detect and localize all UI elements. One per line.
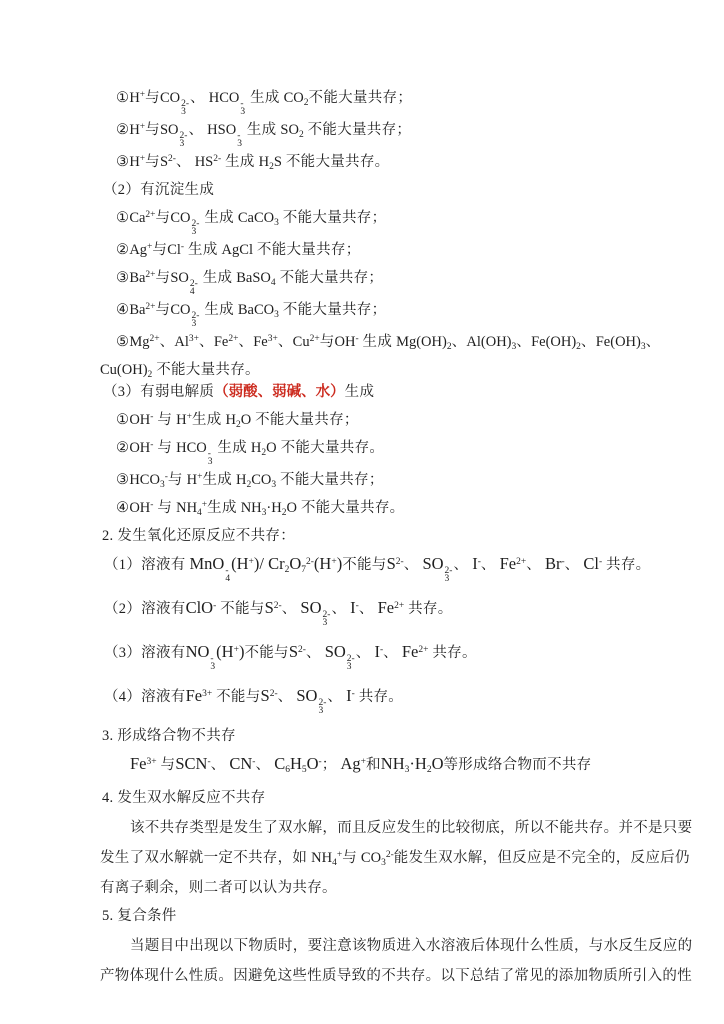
formula-fragment: Al <box>174 334 189 350</box>
text-run: 、 <box>211 757 230 773</box>
text-run: 、 <box>199 334 214 350</box>
formula-fragment: Ba <box>129 302 145 318</box>
stacked-script: 2-3 <box>180 132 188 148</box>
formula-fragment: NH <box>381 754 405 773</box>
formula-fragment: AgCl <box>222 242 253 258</box>
text-line: 当题目中出现以下物质时，要注意该物质进入水溶液后体现什么性质，与水反生反应的 <box>130 932 724 960</box>
subscript: 4 <box>190 288 195 296</box>
superscript: 3+ <box>268 334 278 344</box>
formula-fragment: HS <box>195 154 214 170</box>
stacked-script: 2-4 <box>190 280 198 296</box>
document-page: ①H+与CO2-3、 HCO-3 生成 CO2不能大量共存；②H+与SO2-3、… <box>0 0 724 990</box>
formula-fragment: NO <box>186 642 210 661</box>
formula-fragment: Fe <box>402 642 419 661</box>
text-run: 、 <box>359 601 378 617</box>
text-run: （3）溶液有 <box>104 645 186 661</box>
superscript: 2+ <box>310 334 320 344</box>
subscript: 3 <box>240 108 245 116</box>
text-run: 和 <box>366 757 381 773</box>
stacked-script: 2-3 <box>347 655 355 671</box>
formula-fragment: H <box>290 754 302 773</box>
formula-fragment: HCO <box>209 90 240 106</box>
formula-fragment: O <box>286 500 296 516</box>
text-run: 、 <box>331 601 350 617</box>
text-line: ⑤Mg2+、Al3+、Fe2+、Fe3+、Cu2+与OH- 生成 Mg(OH)2… <box>116 328 724 356</box>
text-run: 与 <box>152 242 167 258</box>
superscript: 2+ <box>394 601 404 611</box>
formula-fragment: CO <box>170 302 190 318</box>
formula-fragment: SO <box>300 598 321 617</box>
text-run: 与 <box>342 850 361 866</box>
formula-fragment: CO <box>284 90 304 106</box>
formula-fragment: Mg <box>129 334 149 350</box>
text-run: 不能大量共存； <box>276 472 384 488</box>
text-run: 生成 <box>213 440 250 456</box>
text-line: 2. 发生氧化还原反应不共存： <box>102 522 724 550</box>
text-run: 、 <box>452 334 467 350</box>
formula-fragment: H <box>259 154 269 170</box>
stacked-script: 2-3 <box>192 312 200 328</box>
text-run: 、 <box>565 557 584 573</box>
formula-fragment: H <box>225 412 235 428</box>
text-line: 发生了双水解就一定不共存，如 NH4+与 CO32-能发生双水解，但反应是不完全… <box>100 844 724 872</box>
text-run: 共存。 <box>355 689 403 705</box>
text-run: ⑤ <box>116 334 129 350</box>
formula-fragment: Fe <box>253 334 268 350</box>
formula-fragment: S <box>289 642 298 661</box>
formula-fragment: Fe <box>214 334 229 350</box>
text-run: 与 <box>153 440 176 456</box>
superscript: 2- <box>298 645 306 655</box>
text-run: 、 <box>176 154 195 170</box>
text-run: 生成 <box>221 154 258 170</box>
text-run: 不能大量共存。 <box>277 440 385 456</box>
text-run: 与 <box>156 302 171 318</box>
text-run: ② <box>116 440 129 456</box>
text-run: 与 <box>320 334 335 350</box>
text-run: ② <box>116 122 129 138</box>
stacked-script: 2-3 <box>318 699 326 715</box>
text-run: ③ <box>116 472 129 488</box>
text-run: 、 <box>190 90 209 106</box>
text-run: 生成 <box>246 90 283 106</box>
text-run: 与 <box>157 757 176 773</box>
text-run: 、 <box>306 645 325 661</box>
text-run: 当题目中出现以下物质时，要注意该物质进入水溶液后体现什么性质，与水反生反应的 <box>130 938 692 954</box>
text-line: ③H+与S2-、 HS2- 生成 H2S 不能大量共存。 <box>116 148 724 176</box>
text-run: 不能与 <box>244 645 288 661</box>
text-run: 、 <box>160 334 175 350</box>
text-run: 、 <box>278 689 297 705</box>
formula-fragment: MnO <box>189 554 224 573</box>
text-run: 生成 <box>192 412 226 428</box>
text-run: 生成 <box>200 302 237 318</box>
formula-fragment: H <box>129 122 139 138</box>
superscript: 2+ <box>516 557 526 567</box>
text-run: 不能大量共存； <box>304 122 412 138</box>
formula-fragment: Br <box>545 554 562 573</box>
formula-fragment: Fe(OH) <box>531 334 576 350</box>
superscript: 2- <box>168 154 176 164</box>
text-run: 与 <box>168 472 187 488</box>
formula-fragment: Cl <box>167 242 181 258</box>
text-run: 不能大量共存； <box>251 412 359 428</box>
text-run: 、 <box>188 122 207 138</box>
text-run: 与 <box>156 210 171 226</box>
stacked-script: -3 <box>208 450 213 466</box>
text-run: 与 <box>153 412 176 428</box>
stacked-script: -3 <box>210 655 215 671</box>
formula-fragment: Fe <box>500 554 517 573</box>
text-run: 、 <box>646 334 661 350</box>
formula-fragment: S <box>261 686 270 705</box>
formula-fragment: NH <box>176 500 197 516</box>
text-run: （3）有弱电解质 <box>103 384 214 400</box>
formula-fragment: SO <box>325 642 346 661</box>
text-run: 、 <box>581 334 596 350</box>
text-run: ① <box>116 412 129 428</box>
text-run: ④ <box>116 302 129 318</box>
text-run: 、 <box>238 334 253 350</box>
text-run: 与 <box>145 122 160 138</box>
text-run: 共存。 <box>602 557 650 573</box>
subscript: 3 <box>318 707 323 715</box>
text-run: ； <box>322 757 341 773</box>
text-run: 2. 发生氧化还原反应不共存： <box>102 528 295 544</box>
formula-fragment: H <box>176 412 186 428</box>
text-run: 、 <box>404 557 423 573</box>
formula-fragment: SO <box>422 554 443 573</box>
formula-fragment: H <box>251 440 261 456</box>
subscript: 3 <box>208 458 213 466</box>
text-run: （2）溶液有 <box>104 601 186 617</box>
text-run: （2）有沉淀生成 <box>103 182 214 198</box>
text-run: 不能与 <box>216 601 264 617</box>
superscript: 2- <box>306 557 314 567</box>
formula-fragment: BaCO <box>238 302 274 318</box>
formula-fragment: (H <box>231 554 248 573</box>
text-run: 与 <box>153 500 176 516</box>
text-run: 不能大量共存； <box>279 302 387 318</box>
text-run: ③ <box>116 154 129 170</box>
text-run: 共存。 <box>428 645 476 661</box>
text-run: 生成 <box>199 270 236 286</box>
text-line: ①Ca2+与CO2-3 生成 CaCO3 不能大量共存； <box>116 204 724 236</box>
text-line: ②OH- 与 HCO-3 生成 H2O 不能大量共存。 <box>116 434 724 466</box>
stacked-script: -4 <box>225 567 230 583</box>
subscript: 3 <box>192 320 197 328</box>
text-run: 5. 复合条件 <box>102 908 177 924</box>
text-run: 不能与 <box>342 557 386 573</box>
formula-fragment: OH <box>129 500 150 516</box>
formula-fragment: OH <box>129 440 150 456</box>
text-run: 不能大量共存； <box>276 270 384 286</box>
formula-fragment: H <box>236 472 246 488</box>
text-run: 不能大量共存； <box>309 90 413 106</box>
formula-fragment: OH <box>335 334 356 350</box>
text-run: 、 <box>526 557 545 573</box>
formula-fragment: NH <box>311 850 332 866</box>
formula-fragment: CN <box>229 754 252 773</box>
superscript: 3+ <box>202 689 212 699</box>
text-run: 发生了双水解就一定不共存，如 <box>100 850 311 866</box>
text-line: ②Ag+与Cl- 生成 AgCl 不能大量共存； <box>116 236 724 264</box>
text-run: 生成 <box>345 384 375 400</box>
text-run: 不能大量共存； <box>279 210 387 226</box>
superscript: 2+ <box>145 302 155 312</box>
text-run: 该不共存类型是发生了双水解，而且反应发生的比较彻底，所以不能共存。并不是只要 <box>130 820 692 836</box>
stacked-script: -3 <box>240 100 245 116</box>
text-run: 生成 <box>184 242 221 258</box>
formula-fragment: ·H <box>409 754 426 773</box>
text-line: ④Ba2+与CO2-3 生成 BaCO3 不能大量共存； <box>116 296 724 328</box>
text-run: 不能与 <box>212 689 260 705</box>
formula-fragment: Ag <box>129 242 147 258</box>
text-line: ②H+与SO2-3、 HSO-3 生成 SO2 不能大量共存； <box>116 116 724 148</box>
formula-fragment: O <box>307 754 319 773</box>
formula-fragment: S <box>387 554 396 573</box>
text-run: 、 <box>255 757 274 773</box>
formula-fragment: ClO <box>186 598 214 617</box>
text-run: 、 <box>383 645 402 661</box>
subscript: 3 <box>323 619 328 627</box>
text-run: （1）溶液有 <box>104 557 189 573</box>
superscript: 2+ <box>145 270 155 280</box>
text-line: ①H+与CO2-3、 HCO-3 生成 CO2不能大量共存； <box>116 84 724 116</box>
text-run: 生成 <box>207 500 241 516</box>
text-line: （1）溶液有 MnO-4(H+)/ Cr2O72-(H+)不能与S2-、 SO2… <box>104 550 724 583</box>
formula-fragment: (H <box>314 554 331 573</box>
superscript: 2- <box>396 557 404 567</box>
text-run: 共存。 <box>404 601 452 617</box>
stacked-script: 2-3 <box>192 220 200 236</box>
text-run: 与 <box>156 270 171 286</box>
formula-fragment: SO <box>160 122 179 138</box>
text-run: （4）溶液有 <box>104 689 186 705</box>
superscript: 2- <box>213 154 221 164</box>
text-run: 生成 <box>359 334 396 350</box>
formula-fragment: Al(OH) <box>466 334 511 350</box>
formula-fragment: O <box>266 440 276 456</box>
text-line: ③HCO3-与 H+生成 H2CO3 不能大量共存； <box>116 466 724 494</box>
formula-fragment: ·H <box>266 500 281 516</box>
stacked-script: 2-3 <box>323 611 331 627</box>
subscript: 3 <box>180 140 185 148</box>
superscript: 2- <box>270 689 278 699</box>
text-line: 5. 复合条件 <box>102 902 724 930</box>
text-run: 不能大量共存。 <box>152 362 260 378</box>
subscript: 4 <box>225 575 230 583</box>
text-run: 生成 <box>200 210 237 226</box>
formula-fragment: Cu <box>293 334 310 350</box>
formula-fragment: H <box>187 472 197 488</box>
formula-fragment: Fe(OH) <box>596 334 641 350</box>
formula-fragment: CO <box>160 90 180 106</box>
superscript: 2+ <box>418 645 428 655</box>
formula-fragment: O <box>241 412 251 428</box>
formula-fragment: Cl <box>583 554 599 573</box>
stacked-script: 2-3 <box>445 567 453 583</box>
text-run: 生成 <box>243 122 280 138</box>
text-line: 4. 发生双水解反应不共存 <box>102 784 724 812</box>
superscript: 2- <box>274 601 282 611</box>
document-body: ①H+与CO2-3、 HCO-3 生成 CO2不能大量共存；②H+与SO2-3、… <box>100 84 724 990</box>
formula-fragment: CO <box>361 850 381 866</box>
text-run: 3. 形成络合物不共存 <box>102 728 236 744</box>
subscript: 3 <box>181 108 186 116</box>
text-run: ① <box>116 90 129 106</box>
formula-fragment: Fe <box>186 686 203 705</box>
subscript: 3 <box>237 140 242 148</box>
stacked-script: 2-3 <box>181 100 189 116</box>
formula-fragment: SO <box>280 122 299 138</box>
text-run: 、 <box>516 334 531 350</box>
text-run: 生成 <box>202 472 236 488</box>
text-run: 不能大量共存。 <box>297 500 405 516</box>
text-line: Fe3+ 与SCN-、 CN-、 C6H5O-； Ag+和NH3·H2O等形成络… <box>130 750 724 779</box>
formula-fragment: )/ Cr <box>254 554 285 573</box>
text-line: （3）有弱电解质（弱酸、弱碱、水）生成 <box>103 378 724 406</box>
text-line: 产物体现什么性质。因避免这些性质导致的不共存。以下总结了常见的添加物质所引入的性 <box>100 962 724 990</box>
subscript: 3 <box>192 228 197 236</box>
superscript: 2+ <box>149 334 159 344</box>
formula-fragment: BaSO <box>236 270 271 286</box>
formula-fragment: SO <box>296 686 317 705</box>
subscript: 3 <box>210 663 215 671</box>
subscript: 3 <box>347 663 352 671</box>
text-line: ③Ba2+与SO2-4 生成 BaSO4 不能大量共存； <box>116 264 724 296</box>
superscript: 2+ <box>228 334 238 344</box>
text-line: ④OH- 与 NH4+生成 NH3·H2O 不能大量共存。 <box>116 494 724 522</box>
superscript: 3+ <box>147 757 157 767</box>
subscript: 3 <box>445 575 450 583</box>
formula-fragment: H <box>129 154 139 170</box>
formula-fragment: CO <box>251 472 271 488</box>
text-run: 不能大量共存； <box>253 242 361 258</box>
text-run: 能发生双水解，但反应是不完全的，反应后仍 <box>394 850 690 866</box>
text-run: 、 <box>356 645 375 661</box>
formula-fragment: CO <box>170 210 190 226</box>
text-line: 该不共存类型是发生了双水解，而且反应发生的比较彻底，所以不能共存。并不是只要 <box>130 814 724 842</box>
text-run: 、 <box>453 557 472 573</box>
formula-fragment: Ag <box>340 754 360 773</box>
stacked-script: -3 <box>237 132 242 148</box>
formula-fragment: C <box>274 754 285 773</box>
text-run: ② <box>116 242 129 258</box>
text-run: 不能大量共存。 <box>282 154 390 170</box>
formula-fragment: Ca <box>129 210 145 226</box>
formula-fragment: O <box>289 554 301 573</box>
text-run: ① <box>116 210 129 226</box>
text-line: （4）溶液有Fe3+ 不能与S2-、 SO2-3、 I- 共存。 <box>104 682 724 715</box>
text-run: ④ <box>116 500 129 516</box>
formula-fragment: Cu(OH) <box>100 362 148 378</box>
formula-fragment: (H <box>216 642 233 661</box>
formula-fragment: Fe <box>130 754 147 773</box>
text-run: 有离子剩余，则二者可以认为共存。 <box>100 880 337 896</box>
formula-fragment: H <box>129 90 139 106</box>
formula-fragment: S <box>265 598 274 617</box>
text-run: ③ <box>116 270 129 286</box>
formula-fragment: HSO <box>207 122 236 138</box>
formula-fragment: CaCO <box>238 210 274 226</box>
formula-fragment: SCN <box>175 754 207 773</box>
red-emphasis-text: （弱酸、弱碱、水） <box>214 384 345 400</box>
text-run: 与 <box>145 154 160 170</box>
formula-fragment: NH <box>241 500 262 516</box>
text-line: （2）溶液有ClO- 不能与S2-、 SO2-3、 I-、 Fe2+ 共存。 <box>104 594 724 627</box>
text-line: （3）溶液有NO-3(H+)不能与S2-、 SO2-3、 I-、 Fe2+ 共存… <box>104 638 724 671</box>
text-run: 、 <box>278 334 293 350</box>
text-line: ①OH- 与 H+生成 H2O 不能大量共存； <box>116 406 724 434</box>
formula-fragment: Mg(OH) <box>396 334 447 350</box>
formula-fragment: HCO <box>176 440 207 456</box>
formula-fragment: Fe <box>378 598 395 617</box>
text-run: 与 <box>145 90 160 106</box>
text-run: 4. 发生双水解反应不共存 <box>102 790 265 806</box>
formula-fragment: SO <box>170 270 189 286</box>
text-line: 3. 形成络合物不共存 <box>102 722 724 750</box>
text-run: 、 <box>481 557 500 573</box>
text-run: 、 <box>327 689 346 705</box>
formula-fragment: OH <box>129 412 150 428</box>
superscript: 2+ <box>145 210 155 220</box>
superscript: 3+ <box>189 334 199 344</box>
superscript: 2- <box>386 850 394 860</box>
text-run: 产物体现什么性质。因避免这些性质导致的不共存。以下总结了常见的添加物质所引入的性 <box>100 968 692 984</box>
formula-fragment: S <box>274 154 282 170</box>
formula-fragment: O <box>432 754 444 773</box>
text-line: （2）有沉淀生成 <box>103 176 724 204</box>
formula-fragment: Ba <box>129 270 145 286</box>
text-line: 有离子剩余，则二者可以认为共存。 <box>100 874 724 902</box>
formula-fragment: HCO <box>129 472 160 488</box>
text-run: 等形成络合物而不共存 <box>443 757 591 773</box>
formula-fragment: S <box>160 154 168 170</box>
text-run: 、 <box>282 601 301 617</box>
